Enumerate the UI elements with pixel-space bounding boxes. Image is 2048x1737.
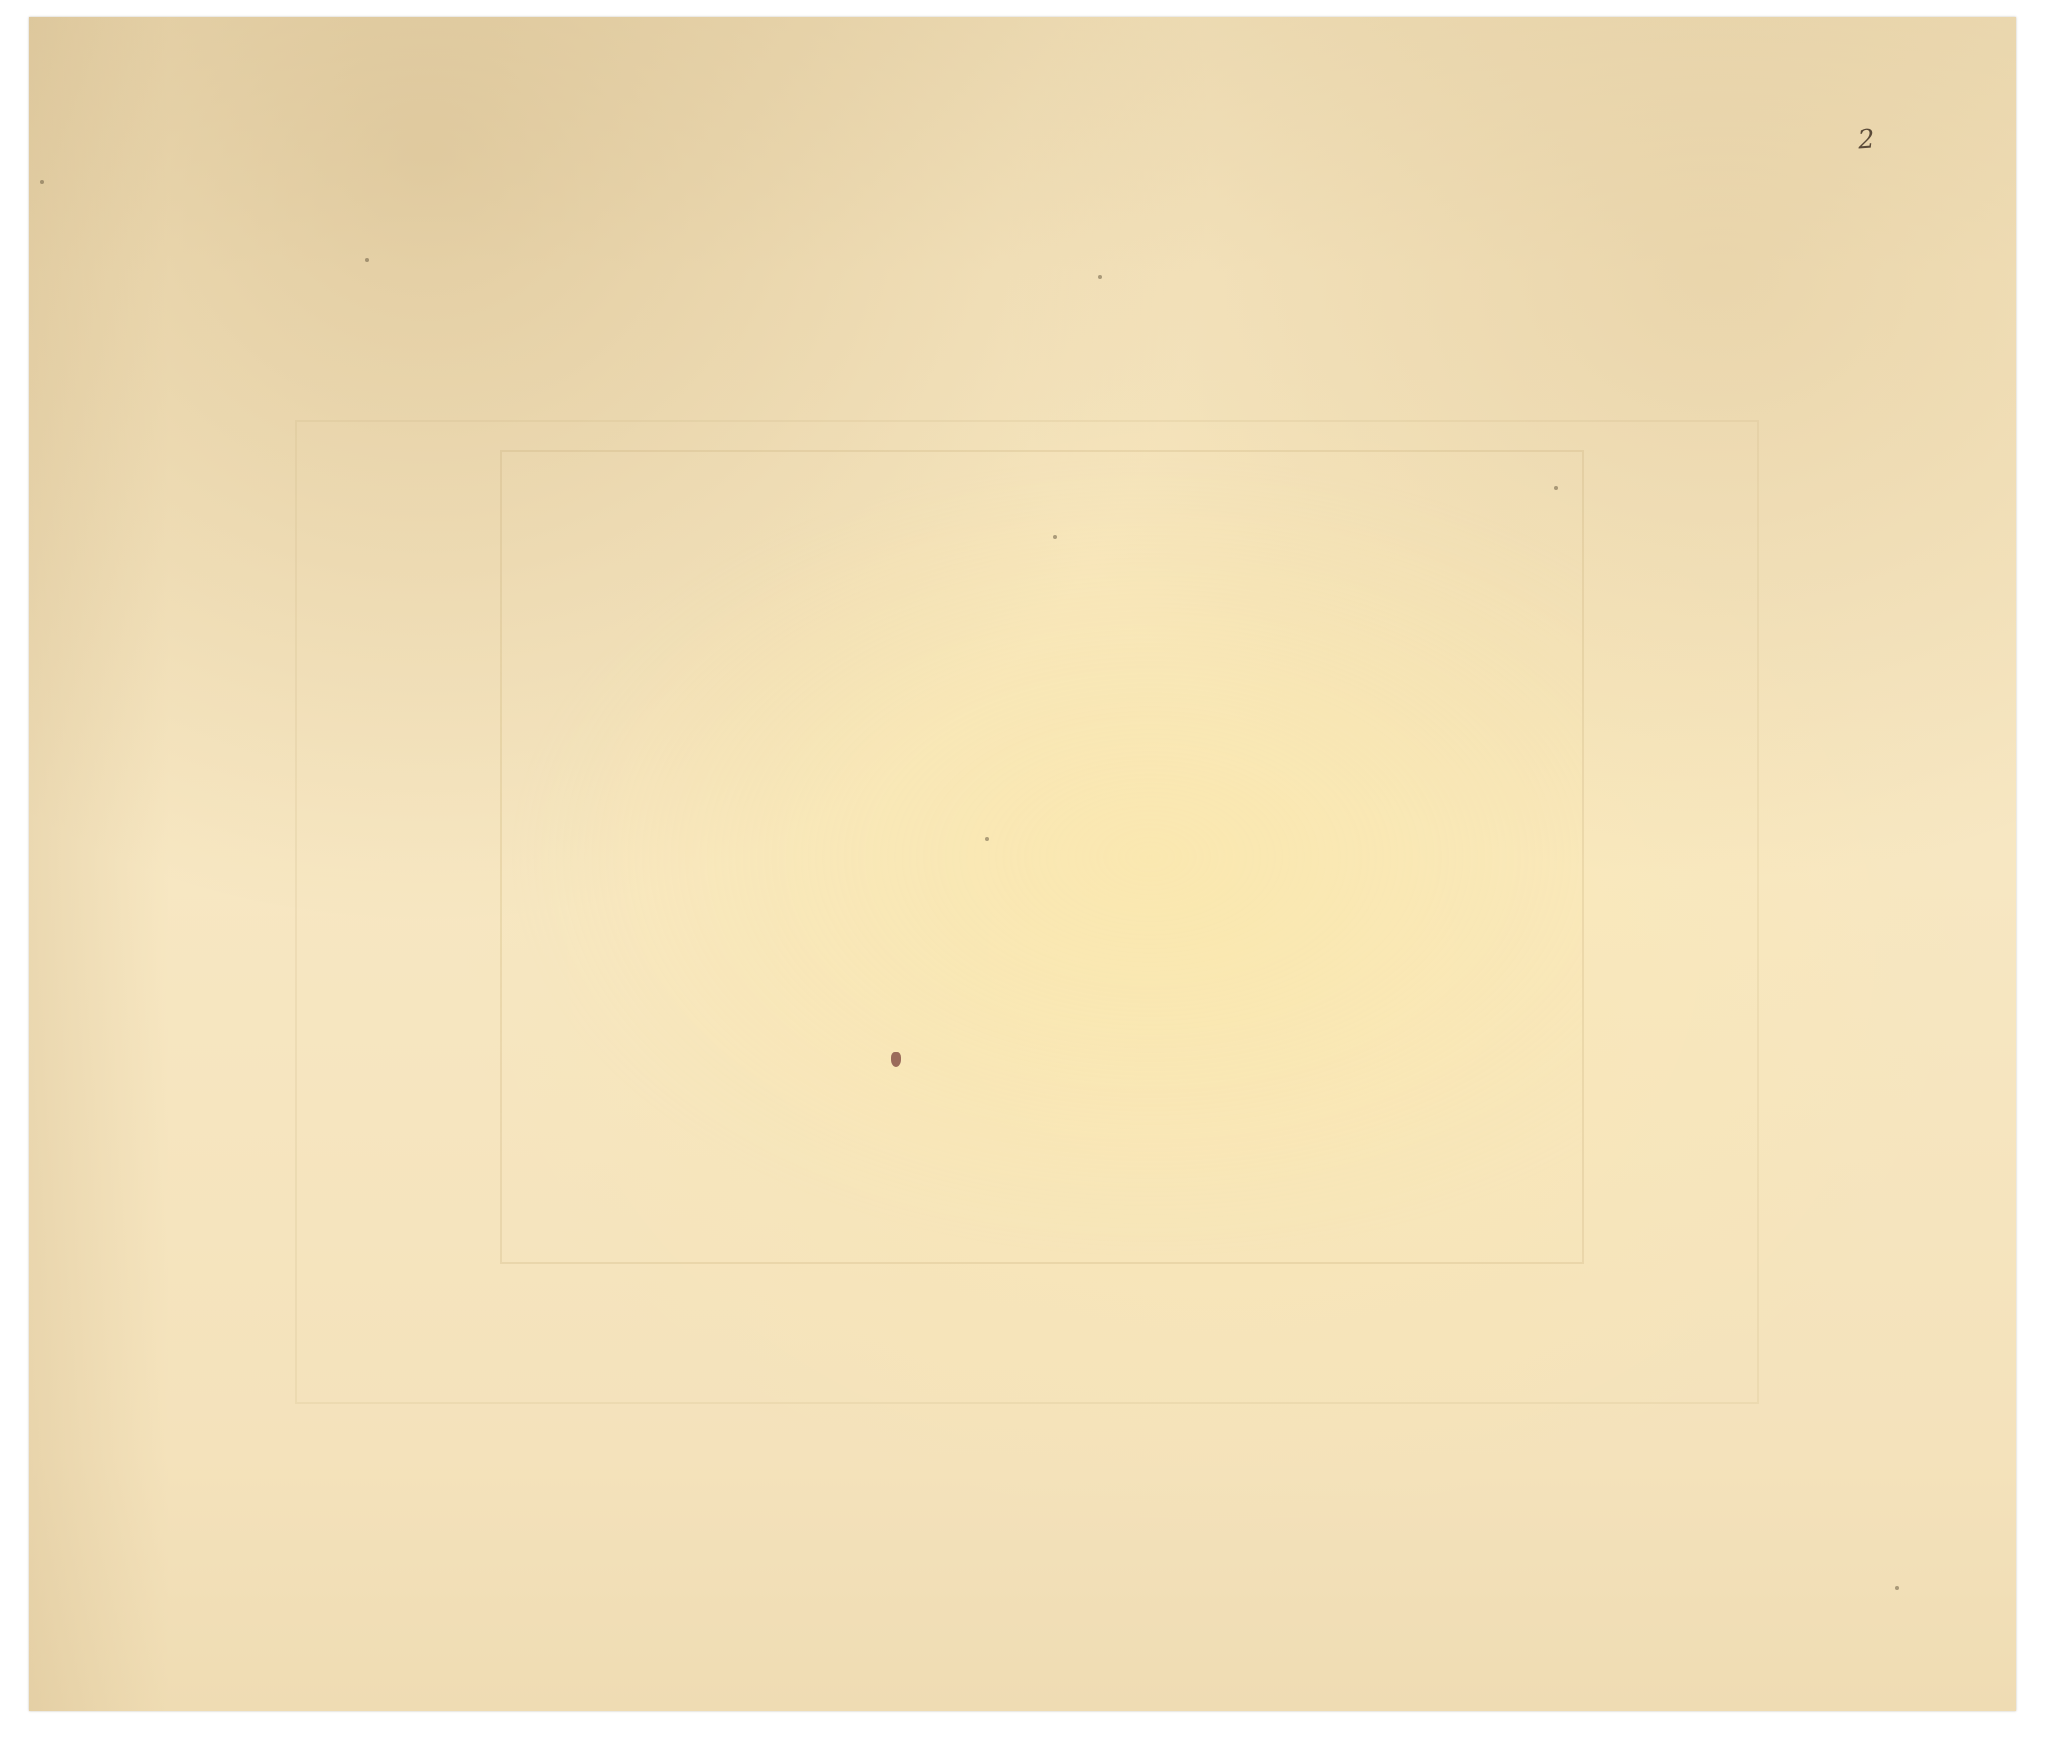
paper-edge-shading xyxy=(29,17,169,1711)
speck xyxy=(1554,486,1558,490)
speck xyxy=(985,837,989,841)
speck xyxy=(365,258,369,262)
handwritten-page-number: 2 xyxy=(1857,124,1876,155)
plate-mark-inner xyxy=(500,450,1584,1264)
speck xyxy=(1098,275,1102,279)
speck xyxy=(1053,535,1057,539)
stain-mark xyxy=(891,1052,901,1067)
speck xyxy=(40,180,44,184)
speck xyxy=(1895,1586,1899,1590)
